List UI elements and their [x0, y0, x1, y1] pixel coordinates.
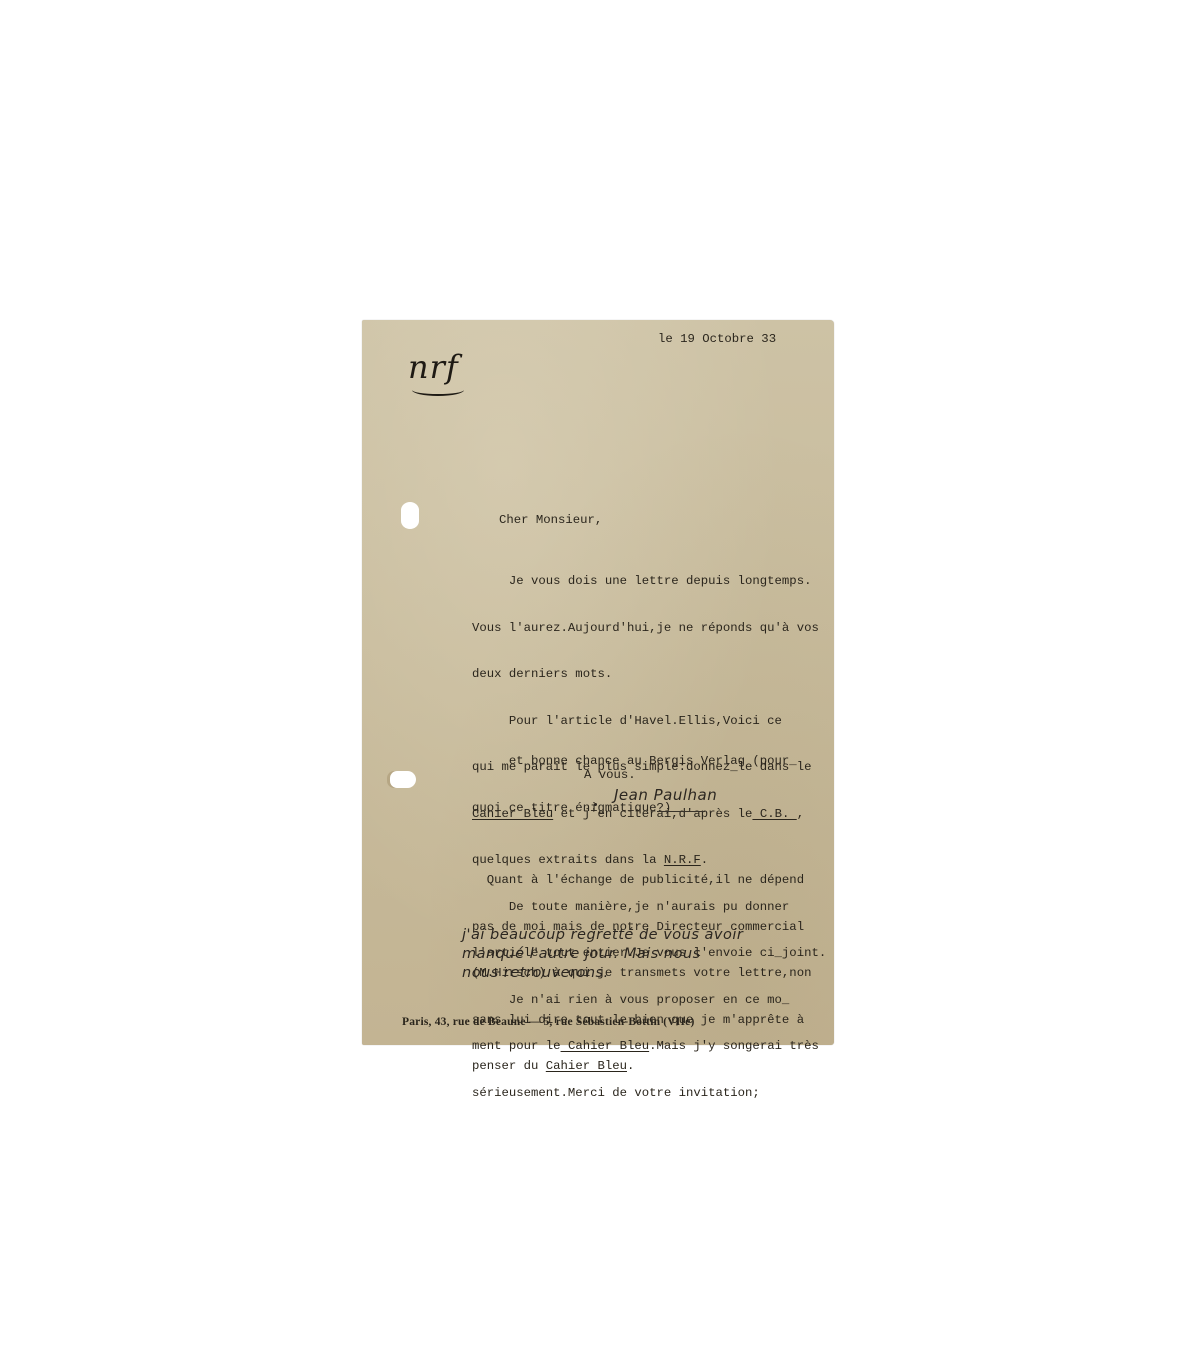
- underlined-title: Cahier Bleu: [546, 1059, 627, 1073]
- body-line: deux derniers mots.: [472, 667, 826, 683]
- letter-body-wishes: et bonne chance au Bergis Verlag (pour_ …: [472, 723, 797, 847]
- logo-swash-icon: [412, 384, 464, 396]
- closing: A vous.: [584, 768, 636, 784]
- letterhead-footer-address: Paris, 43, rue de Beaune — 5, rue Sébast…: [402, 1016, 695, 1028]
- ps-line-cahier: penser du Cahier Bleu.: [472, 1059, 811, 1075]
- letter-date: le 19 Octobre 33: [658, 332, 776, 348]
- signature: Jean Paulhan: [614, 786, 717, 804]
- nrf-logo: nrf: [408, 348, 459, 386]
- body-line: Je vous dois une lettre depuis longtemps…: [472, 574, 826, 590]
- signature-underline: [657, 811, 705, 812]
- punch-hole-bottom: [390, 771, 416, 788]
- body-text: .: [627, 1059, 634, 1073]
- punch-hole-top: [401, 502, 419, 529]
- handwritten-note: j'ai beaucoup regretté de vous avoir man…: [462, 926, 743, 983]
- ps-line: Quant à l'échange de publicité,il ne dép…: [472, 873, 811, 889]
- salutation: Cher Monsieur,: [499, 513, 602, 529]
- signature-dot: [594, 803, 597, 806]
- body-text: penser du: [472, 1059, 546, 1073]
- letter-sheet: nrf le 19 Octobre 33 Cher Monsieur, Je v…: [362, 320, 834, 1045]
- body-line: Vous l'aurez.Aujourd'hui,je ne réponds q…: [472, 621, 826, 637]
- body-text: ,: [797, 807, 804, 821]
